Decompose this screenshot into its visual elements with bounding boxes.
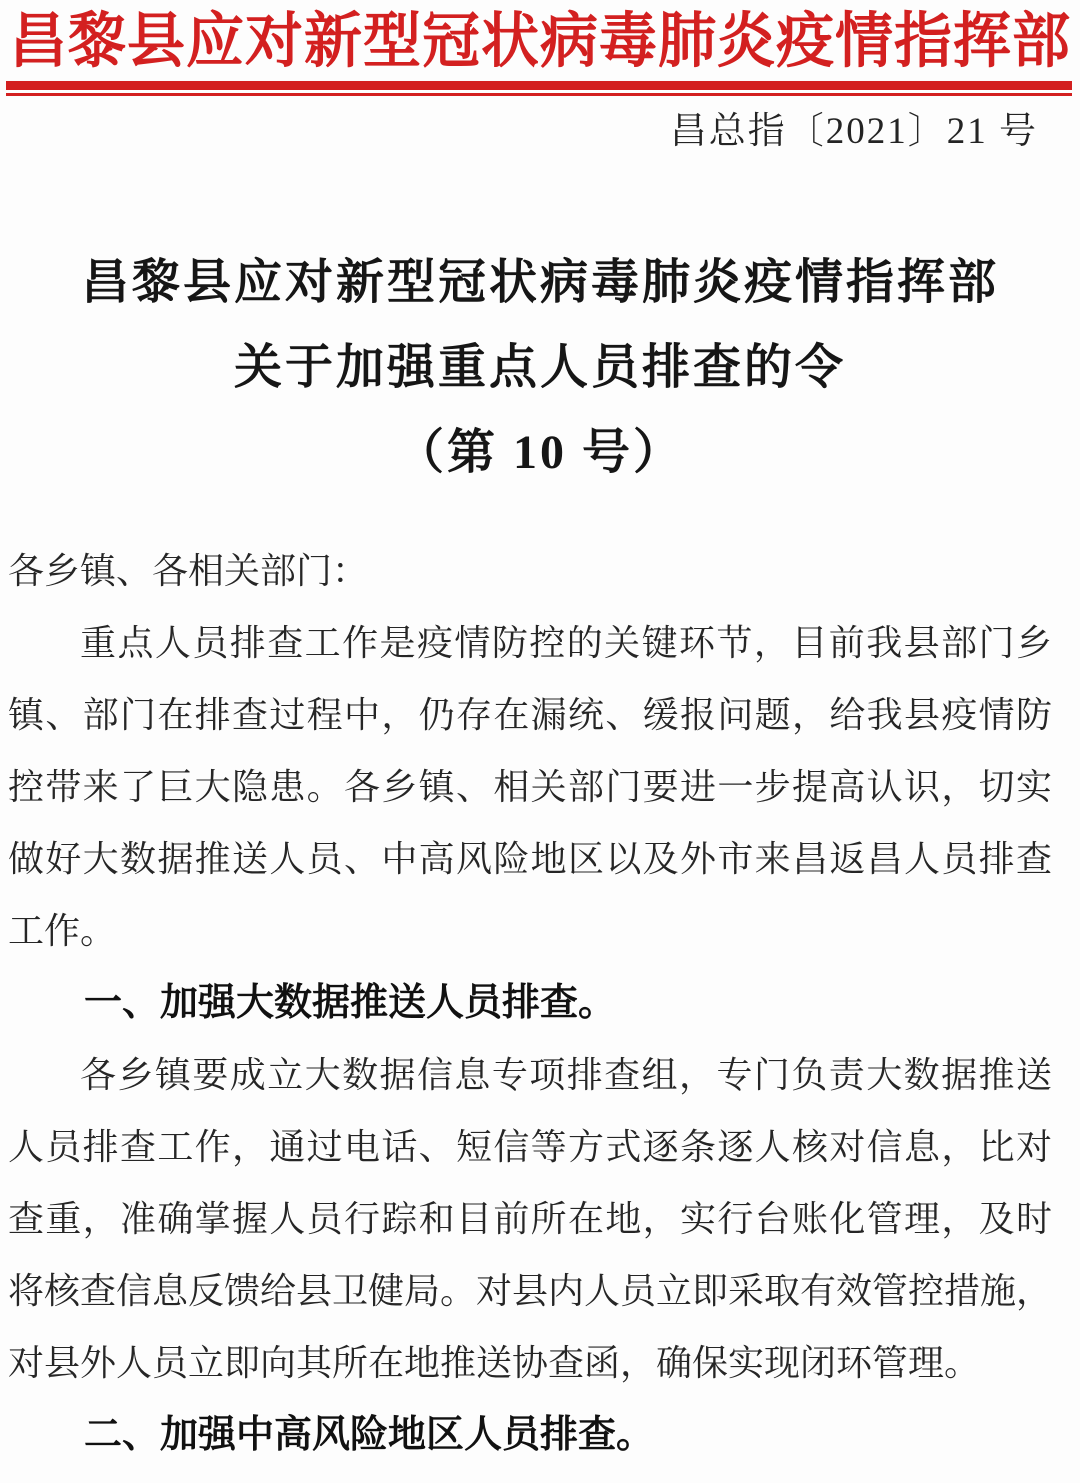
document-title-line-1: 昌黎县应对新型冠状病毒肺炎疫情指挥部: [0, 240, 1080, 325]
body-line: 各乡镇要成立大数据信息专项排查组，专门负责大数据推送: [8, 1039, 1052, 1111]
document-title-line-3: （第 10 号）: [0, 410, 1080, 495]
section-heading-1: 一、加强大数据推送人员排查。: [8, 967, 1052, 1039]
salutation: 各乡镇、各相关部门：: [8, 535, 1052, 607]
body-line: 做好大数据推送人员、中高风险地区以及外市来昌返昌人员排查: [8, 823, 1052, 895]
body-line: 查重，准确掌握人员行踪和目前所在地，实行台账化管理，及时: [8, 1183, 1052, 1255]
letterhead-issuer-title: 昌黎县应对新型冠状病毒肺炎疫情指挥部: [0, 0, 1080, 81]
section-heading-2: 二、加强中高风险地区人员排查。: [8, 1399, 1052, 1471]
document-title: 昌黎县应对新型冠状病毒肺炎疫情指挥部 关于加强重点人员排查的令 （第 10 号）: [0, 240, 1080, 495]
body-line: 控带来了巨大隐患。各乡镇、相关部门要进一步提高认识，切实: [8, 751, 1052, 823]
body-line: 将核查信息反馈给县卫健局。对县内人员立即采取有效管控措施，: [8, 1255, 1052, 1327]
letterhead-rule-thin: [6, 93, 1072, 96]
body-line: 镇、部门在排查过程中，仍存在漏统、缓报问题，给我县疫情防: [8, 679, 1052, 751]
letterhead-rule-thick: [6, 81, 1072, 90]
official-document-page: { "colors": { "header_red": "#d32020", "…: [0, 0, 1080, 1483]
body-line: 重点人员排查工作是疫情防控的关键环节，目前我县部门乡: [8, 607, 1052, 679]
body-line: 人员排查工作，通过电话、短信等方式逐条逐人核对信息，比对: [8, 1111, 1052, 1183]
body-line: 工作。: [8, 895, 1052, 967]
body-line: 对县外人员立即向其所在地推送协查函，确保实现闭环管理。: [8, 1327, 1052, 1399]
document-number: 昌总指〔2021〕21 号: [0, 110, 1080, 154]
document-title-line-2: 关于加强重点人员排查的令: [0, 325, 1080, 410]
document-body: 各乡镇、各相关部门： 重点人员排查工作是疫情防控的关键环节，目前我县部门乡 镇、…: [0, 535, 1080, 1471]
